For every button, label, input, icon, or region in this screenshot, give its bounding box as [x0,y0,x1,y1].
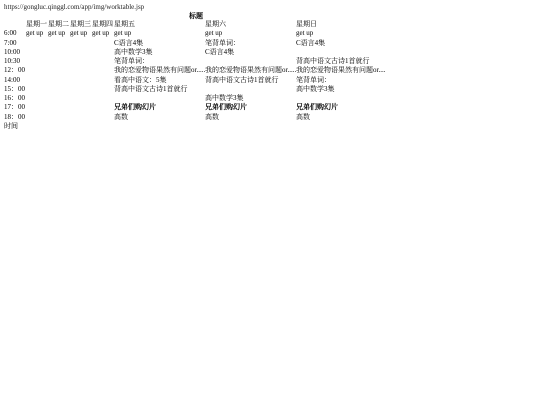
schedule-cell: 笔背单词： [114,57,149,66]
schedule-cell: 背高中语文古诗1首就行 [205,76,279,85]
schedule-cell: 高中数学3集 [205,94,244,103]
schedule-cell: 高中数学3集 [296,85,335,94]
schedule-cell: 兄弟们购幻片 [205,103,247,112]
page-url: https://gongluc.qinggl.com/app/img/workt… [4,3,144,11]
table-caption: 标题 [189,11,203,21]
day-header: 星期六 [205,20,226,29]
time-label: 7:00 [4,39,16,48]
schedule-cell: C语言4集 [296,39,325,48]
time-label: 15：00 [4,85,25,94]
schedule-cell: 高数 [205,113,219,122]
day-header: 星期一 [26,20,47,29]
day-header: 星期四 [92,20,113,29]
schedule-cell: get up [26,29,43,38]
schedule-cell: 看高中语文：5集 [114,76,167,85]
day-header: 星期二 [48,20,69,29]
time-label: 10:00 [4,48,20,57]
schedule-cell: 背高中语文古诗1首就行 [296,57,370,66]
schedule-cell: 背高中语文古诗1首就行 [114,85,188,94]
schedule-cell: 笔背单词： [205,39,240,48]
schedule-cell: get up [296,29,313,38]
schedule-cell: get up [92,29,109,38]
schedule-cell: 兄弟们购幻片 [296,103,338,112]
time-column-footer: 时间 [4,122,18,131]
day-header: 星期日 [296,20,317,29]
schedule-cell: 笔背单词： [296,76,331,85]
time-label: 10:30 [4,57,20,66]
schedule-cell: 我的恋爱物语果然有问题or..... [205,66,296,75]
day-header: 星期五 [114,20,135,29]
day-header: 星期三 [70,20,91,29]
schedule-cell: C语言4集 [114,39,143,48]
time-label: 6:00 [4,29,16,38]
schedule-cell: get up [70,29,87,38]
time-label: 16：00 [4,94,25,103]
schedule-cell: C语言4集 [205,48,234,57]
time-label: 17：00 [4,103,25,112]
schedule-cell: 我的恋爱物语果然有问题or.... [296,66,385,75]
schedule-cell: get up [114,29,131,38]
schedule-cell: 我的恋爱物语果然有问题or..... [114,66,205,75]
schedule-cell: get up [48,29,65,38]
time-label: 18：00 [4,113,25,122]
time-label: 12：00 [4,66,25,75]
schedule-cell: 高数 [114,113,128,122]
schedule-cell: get up [205,29,222,38]
schedule-cell: 高数 [296,113,310,122]
time-label: 14:00 [4,76,20,85]
schedule-cell: 兄弟们购幻片 [114,103,156,112]
schedule-cell: 高中数学3集 [114,48,153,57]
